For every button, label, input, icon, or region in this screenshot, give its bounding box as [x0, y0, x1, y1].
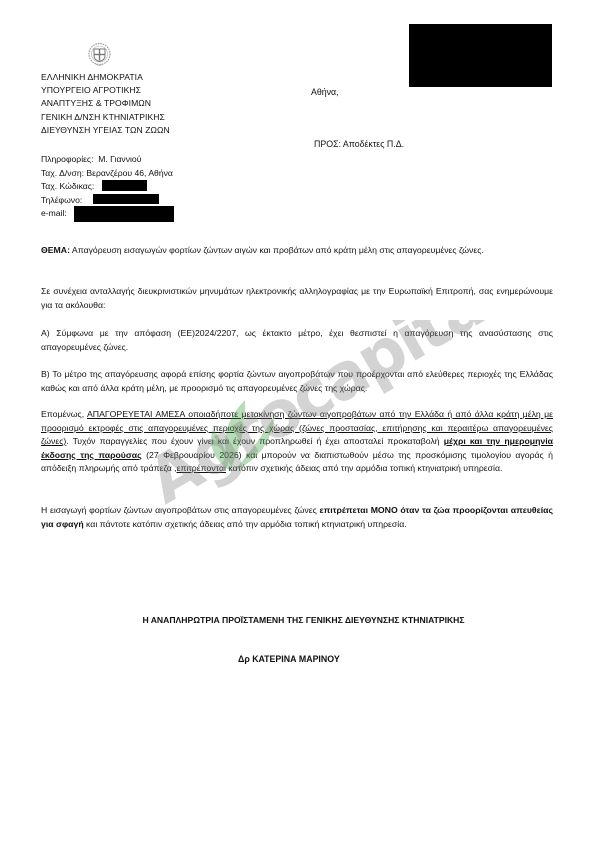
greek-coat-of-arms-icon [87, 42, 112, 68]
prohibition-prefix: Επομένως, [41, 409, 87, 419]
issuer-line: ΕΛΛΗΝΙΚΗ ΔΗΜΟΚΡΑΤΙΑ [41, 71, 170, 84]
recipient: ΠΡΟΣ: Αποδέκτες Π.Δ. [314, 139, 404, 149]
subject-label: ΘΕΜΑ: [41, 245, 70, 255]
issuer-block: ΕΛΛΗΝΙΚΗ ΔΗΜΟΚΡΑΤΙΑ ΥΠΟΥΡΓΕΙΟ ΑΓΡΟΤΙΚΗΣ … [41, 71, 170, 137]
phone-label: Τηλέφωνο: [41, 195, 82, 205]
signatory-title: Η ΑΝΑΠΛΗΡΩΤΡΙΑ ΠΡΟΪΣΤΑΜΕΝΗ ΤΗΣ ΓΕΝΙΚΗΣ Δ… [0, 615, 595, 625]
contact-info-row: Πληροφορίες: Μ. Γιαννιού [41, 153, 173, 167]
signatory-name: Δρ ΚΑΤΕΡΙΝΑ ΜΑΡΙΝΟΥ [238, 654, 340, 664]
prohibition-suffix: κατόπιν σχετικής άδειας από την αρμόδια … [226, 463, 502, 473]
subject-paragraph: ΘΕΜΑ: Απαγόρευση εισαγωγών φορτίων ζώντω… [41, 244, 553, 258]
intro-paragraph: Σε συνέχεια ανταλλαγής διευκρινιστικών μ… [41, 285, 553, 312]
contact-address-row: Ταχ. Δ/νση: Βερανζέρου 46, Αθήνα [41, 167, 173, 181]
info-value: Μ. Γιαννιού [98, 154, 141, 164]
prohibition-allowed: επιτρέπονται [177, 463, 226, 473]
address-value: Βερανζέρου 46, Αθήνα [86, 168, 173, 178]
slaughter-exception-paragraph: Η εισαγωγή φορτίων ζώντων αιγοπροβάτων σ… [41, 504, 553, 531]
point-b-paragraph: Β) Το μέτρο της απαγόρευσης αφορά επίσης… [41, 368, 553, 395]
point-a-paragraph: Α) Σύμφωνα με την απόφαση (ΕΕ)2024/2207,… [41, 327, 553, 354]
prohibition-orders-text: . Τυχόν παραγγελίες που έχουν γίνει και … [66, 436, 443, 446]
redacted-email [74, 206, 174, 222]
redacted-protocol-box [409, 24, 552, 87]
issuer-line: ΥΠΟΥΡΓΕΙΟ ΑΓΡΟΤΙΚΗΣ [41, 84, 170, 97]
info-label: Πληροφορίες: [41, 154, 93, 164]
issuer-line: ΓΕΝΙΚΗ Δ/ΝΣΗ ΚΤΗΝΙΑΤΡΙΚΗΣ [41, 111, 170, 124]
issuer-line: ΑΝΑΠΤΥΞΗΣ & ΤΡΟΦΙΜΩΝ [41, 97, 170, 110]
issuer-line: ΔΙΕΥΘΥΝΣΗ ΥΓΕΙΑΣ ΤΩΝ ΖΩΩΝ [41, 124, 170, 137]
address-label: Ταχ. Δ/νση: [41, 168, 84, 178]
exception-prefix: Η εισαγωγή φορτίων ζώντων αιγοπροβάτων σ… [41, 505, 319, 515]
redacted-postcode [102, 180, 147, 191]
postcode-label: Ταχ. Κώδικας: [41, 181, 94, 191]
subject-text: Απαγόρευση εισαγωγών φορτίων ζώντων αιγώ… [70, 245, 484, 255]
email-label: e-mail: [41, 208, 67, 218]
document-page: ΕΛΛΗΝΙΚΗ ΔΗΜΟΚΡΑΤΙΑ ΥΠΟΥΡΓΕΙΟ ΑΓΡΟΤΙΚΗΣ … [0, 0, 595, 841]
prohibition-paragraph: Επομένως, ΑΠΑΓΟΡΕΥΕΤΑΙ ΑΜΕΣΑ οποιαδήποτε… [41, 408, 553, 476]
redacted-phone [93, 194, 159, 204]
exception-suffix: και πάντοτε κατόπιν σχετικής άδειας από … [84, 519, 407, 529]
place-date: Αθήνα, [311, 87, 339, 97]
